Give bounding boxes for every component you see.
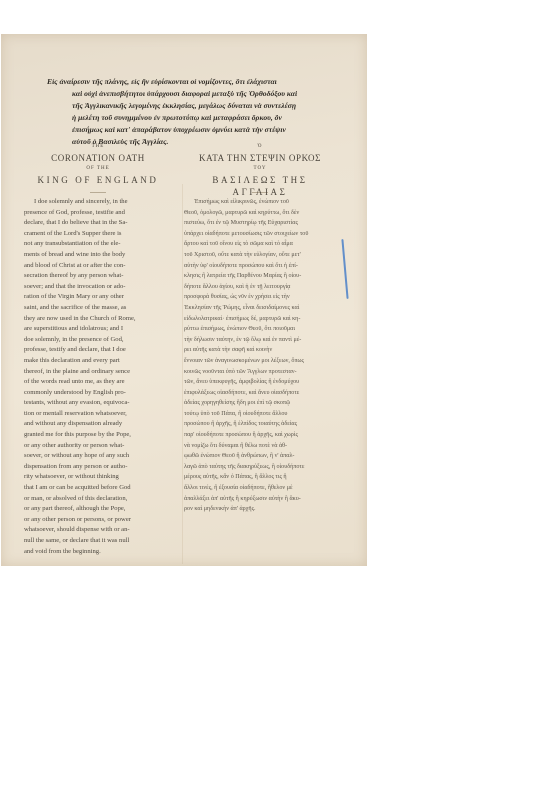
text-line: πιστεύω, ὅτι ἐν τῷ Μυστηρίῳ τῆς Εὐχαριστ… (184, 218, 336, 229)
intro-line: Εἰς ἀναίρεσιν τῆς πλάνης, εἰς ἣν εὑρίσκο… (47, 76, 337, 88)
text-line: whatsoever, should dispense with or an- (24, 525, 172, 536)
text-line: προσφορὰ θυσίας, ὡς νῦν ἐν χρήσει εἰς τὴ… (184, 292, 336, 303)
text-line: saint, and the sacrifice of the masse, a… (24, 303, 172, 314)
text-line: not any transubstantiation of the ele- (24, 239, 172, 250)
greek-column: Ὁ ΚΑΤΑ ΤΗΝ ΣΤΕΨΙΝ ΟΡΚΟΣ ΤΟΥ ΒΑΣΙΛΕΩΣ ΤΗΣ… (184, 142, 336, 515)
text-line: I doe solemnly and sincerely, in the (24, 197, 172, 208)
text-line: presence of God, professe, testifie and (24, 208, 172, 219)
heading-subtitle: KING OF ENGLAND (24, 174, 172, 186)
heading-article: Ὁ (184, 142, 336, 152)
text-line: τοῦ Χριστοῦ, οὔτε κατὰ τὴν εὐλογίαν, οὔτ… (184, 250, 336, 261)
text-line: and without any dispensation already (24, 419, 172, 430)
text-line: and blood of Christ at or after the con- (24, 261, 172, 272)
text-line: ρον καὶ μηδενικὴν ἀπ' ἀρχῆς. (184, 504, 336, 515)
text-line: μέρους αὐτῆς, κἂν ὁ Πάπας, ἢ ἄλλος τις ἢ (184, 472, 336, 483)
english-heading: THE CORONATION OATH OF THE KING OF ENGLA… (24, 142, 172, 186)
text-line: crament of the Lord's Supper there is (24, 229, 172, 240)
heading-title: ΚΑΤΑ ΤΗΝ ΣΤΕΨΙΝ ΟΡΚΟΣ (184, 152, 336, 164)
text-line: ration of the Virgin Mary or any other (24, 292, 172, 303)
greek-intro-paragraph: Εἰς ἀναίρεσιν τῆς πλάνης, εἰς ἣν εὑρίσκο… (47, 76, 337, 148)
text-line: ἐπιφυλάξεως οἱασδήποτε, καὶ ἄνευ οἱασδήπ… (184, 388, 336, 399)
text-line: κοινῶς νοοῦνται ὑπὸ τῶν Ἄγγλων προτεσταν… (184, 367, 336, 378)
text-line: δήποτε ἄλλου ἁγίου, καὶ ἡ ἐν τῇ λειτουργ… (184, 282, 336, 293)
text-line: that I am or can be acquitted before God (24, 483, 172, 494)
text-line: or man, or absolved of this declaration, (24, 494, 172, 505)
heading-connector: ΤΟΥ (184, 164, 336, 174)
text-line: ἀδείας χορηγηθείσης ἤδη μοι ἐπὶ τῷ σκοπῷ (184, 398, 336, 409)
text-line: παρ' οἱουδήποτε προσώπου ἢ ἀρχῆς, καὶ χω… (184, 430, 336, 441)
text-line: testants, without any evasion, equivoca- (24, 398, 172, 409)
text-line: null the same, or declare that it was nu… (24, 536, 172, 547)
text-line: ἄλλοι τινές, ἢ ἐξουσία οἱαδήποτε, ἤθελον… (184, 483, 336, 494)
text-line: τῶν, ἄνευ ὑπεκφυγῆς, ἀμφιβολίας ἢ ἐνδομύ… (184, 377, 336, 388)
text-line: νὰ νομίζω ὅτι δύναμαι ἢ θέλω ποτὲ νὰ ἀθ- (184, 441, 336, 452)
heading-subtitle: ΒΑΣΙΛΕΩΣ ΤΗΣ ΑΓΓΛΙΑΣ (184, 174, 336, 186)
text-line: ὑπάρχει οἱαδήποτε μετουσίωσις τῶν στοιχε… (184, 229, 336, 240)
text-line: or any part thereof, although the Pope, (24, 504, 172, 515)
text-line: ρει αὐτῆς κατὰ τὴν σαφῆ καὶ κοινὴν (184, 345, 336, 356)
text-line: rity whatsoever, or without thinking (24, 472, 172, 483)
text-line: προσώπου ἢ ἀρχῆς, ἢ ἐλπίδος τοιαύτης ἀδε… (184, 419, 336, 430)
text-line: of the words read unto me, as they are (24, 377, 172, 388)
text-line: professe, testify and declare, that I do… (24, 345, 172, 356)
text-line: and void from the beginning. (24, 547, 172, 558)
intro-line: τῆς Ἀγγλικανικῆς λεγομένης ἐκκλησίας, με… (47, 100, 337, 112)
text-line: secration thereof by any person what- (24, 271, 172, 282)
text-line: Ἐκκλησίαν τῆς Ῥώμης, εἶναι δεισιδαίμονες… (184, 303, 336, 314)
text-line: ἄρτου καὶ τοῦ οἴνου εἰς τὸ σῶμα καὶ τὸ α… (184, 239, 336, 250)
text-line: soever; and that the invocation or ado- (24, 282, 172, 293)
intro-line: ἡ μελέτη τοῦ συνημμένου ἐν πρωτοτύπῳ καὶ… (47, 112, 337, 124)
text-line: commonly understood by English pro- (24, 388, 172, 399)
text-line: tion or mentall reservation whatsoever, (24, 409, 172, 420)
intro-line: ἐπισήμως καὶ κατ' ἀπαράβατον ὑποχρέωσιν … (47, 124, 337, 136)
heading-article: THE (24, 142, 172, 152)
text-line: λαγῶ ἀπὸ ταύτης τῆς διακηρύξεως, ἢ οἱουδ… (184, 462, 336, 473)
text-line: ἔννοιαν τῶν ἀναγινωσκομένων μοι λέξεων, … (184, 356, 336, 367)
greek-heading: Ὁ ΚΑΤΑ ΤΗΝ ΣΤΕΨΙΝ ΟΡΚΟΣ ΤΟΥ ΒΑΣΙΛΕΩΣ ΤΗΣ… (184, 142, 336, 186)
text-line: soever, or without any hope of any such (24, 451, 172, 462)
text-line: they are now used in the Church of Rome, (24, 314, 172, 325)
text-line: Ἐπισήμως καὶ εἰλικρινῶς, ἐνώπιον τοῦ (184, 197, 336, 208)
heading-title: CORONATION OATH (24, 152, 172, 164)
text-line: thereof, in the plaine and ordinary senc… (24, 367, 172, 378)
text-line: Θεοῦ, ὁμολογῶ, μαρτυρῶ καὶ κηρύττω, ὅτι … (184, 208, 336, 219)
text-line: αὐτὴν ὑφ' οἱουδήποτε προσώπου καὶ ὅτι ἡ … (184, 261, 336, 272)
text-line: ἀπαλλάξει ἀπ' αὐτῆς ἢ κηρύξωσιν αὐτὴν ἢ … (184, 494, 336, 505)
text-line: declare, that I do believe that in the S… (24, 218, 172, 229)
english-oath-text: I doe solemnly and sincerely, in thepres… (24, 197, 172, 557)
text-line: or any other authority or person what- (24, 441, 172, 452)
text-line: are superstitious and idolatrous; and I (24, 324, 172, 335)
text-line: make this declaration and every part (24, 356, 172, 367)
intro-line: καὶ οὐχὶ ἀνεπισβήτητοι ὑπάρχουσι διαφορα… (47, 88, 337, 100)
text-line: doe solemnly, in the presence of God, (24, 335, 172, 346)
text-line: or any other person or persons, or power (24, 515, 172, 526)
heading-divider (90, 192, 106, 193)
text-line: ῳωθῶ ἐνώπιον Θεοῦ ἢ ἀνθρώπων, ἢ ν' ἀπαλ- (184, 451, 336, 462)
greek-oath-text: Ἐπισήμως καὶ εἰλικρινῶς, ἐνώπιον τοῦΘεοῦ… (184, 197, 336, 515)
english-column: THE CORONATION OATH OF THE KING OF ENGLA… (24, 142, 172, 557)
text-line: τούτῳ ὑπὸ τοῦ Πάπα, ἢ οἱουδήποτε ἄλλου (184, 409, 336, 420)
heading-connector: OF THE (24, 164, 172, 174)
text-line: ρύττω ἐπισήμως, ἐνώπιον Θεοῦ, ὅτι ποιοῦμ… (184, 324, 336, 335)
text-line: κλησις ἢ λατρεία τῆς Παρθένου Μαρίας ἢ ο… (184, 271, 336, 282)
text-line: ments of bread and wine into the body (24, 250, 172, 261)
blue-pen-mark (341, 239, 348, 299)
text-line: εἰδωλολατρικαί· ἐπισήμως δέ, μαρτυρῶ καὶ… (184, 314, 336, 325)
text-line: dispensation from any person or autho- (24, 462, 172, 473)
text-line: τὴν δήλωσιν ταύτην, ἐν τῷ ὅλῳ καὶ ἐν παν… (184, 335, 336, 346)
scanned-document-page: Εἰς ἀναίρεσιν τῆς πλάνης, εἰς ἣν εὑρίσκο… (1, 34, 367, 566)
text-line: granted me for this purpose by the Pope, (24, 430, 172, 441)
